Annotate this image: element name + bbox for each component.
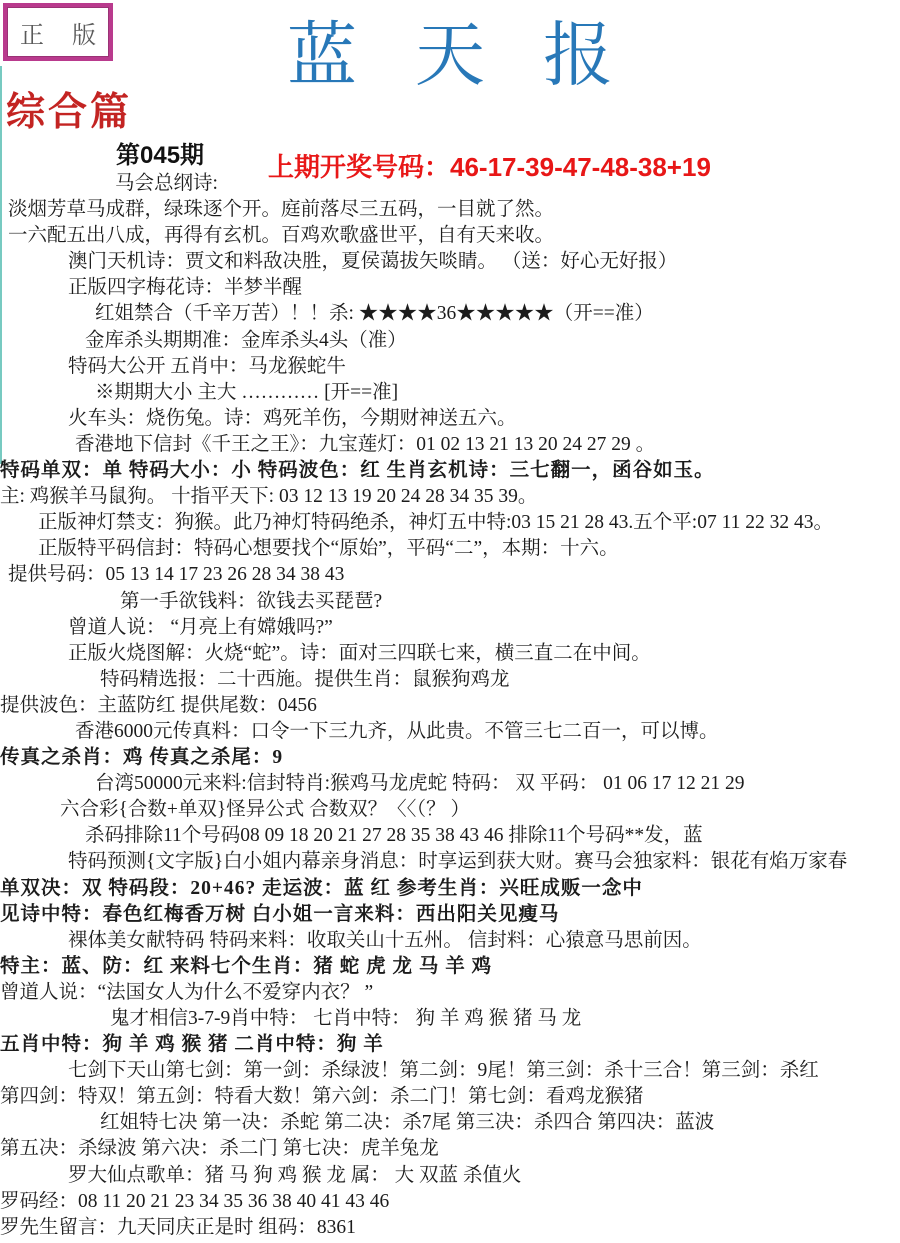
- issue-number: 第045期: [116, 135, 204, 170]
- text-line: 见诗中特：春色红梅香万树 白小姐一言来料：西出阳关见瘦马: [0, 902, 900, 928]
- text-line: 正版特平码信封：特码心想要找个“原始”，平码“二”，本期：十六。: [0, 536, 900, 562]
- text-line: 罗大仙点歌单：猪 马 狗 鸡 猴 龙 属： 大 双蓝 杀值火: [0, 1163, 900, 1189]
- text-line: 第五决：杀绿波 第六决：杀二门 第七决：虎羊兔龙: [0, 1136, 900, 1162]
- text-line: 第四剑：特双！第五剑：特看大数！第六剑：杀二门！第七剑：看鸡龙猴猪: [0, 1084, 900, 1110]
- text-line: 单双决：双 特码段：20+46? 走运波：蓝 红 参考生肖：兴旺成贩一念中: [0, 876, 900, 902]
- text-line: 罗先生留言：九天同庆正是时 组码：8361: [0, 1215, 900, 1241]
- text-line: 特码精选报：二十西施。提供生肖：鼠猴狗鸡龙: [0, 667, 900, 693]
- text-line: 淡烟芳草马成群，绿珠逐个开。庭前落尽三五码，一目就了然。: [0, 197, 900, 223]
- text-line: 马会总纲诗:: [0, 171, 900, 197]
- text-line: 香港地下信封《千王之王》：九宝莲灯：01 02 13 21 13 20 24 2…: [0, 432, 900, 458]
- text-line: 红姐特七决 第一决：杀蛇 第二决：杀7尾 第三决：杀四合 第四决：蓝波: [0, 1110, 900, 1136]
- page-title: 蓝天报: [0, 14, 900, 100]
- text-line: 传真之杀肖：鸡 传真之杀尾：9: [0, 745, 900, 771]
- text-line: 金库杀头期期准：金库杀头4头（准）: [0, 328, 900, 354]
- newspaper-page: 正版 蓝天报 综合篇 第045期 上期开奖号码：46-17-39-47-48-3…: [0, 0, 900, 1243]
- text-line: 澳门天机诗：贾文和料敌决胜，夏侯蔼拔矢啖睛。 （送：好心无好报）: [0, 249, 900, 275]
- text-line: 提供波色：主蓝防红 提供尾数：0456: [0, 693, 900, 719]
- text-line: 提供号码：05 13 14 17 23 26 28 34 38 43: [0, 562, 900, 588]
- text-line: 特主：蓝、防：红 来料七个生肖：猪 蛇 虎 龙 马 羊 鸡: [0, 954, 900, 980]
- text-line: 六合彩{合数+单双}怪异公式 合数双？〈〈（？ ）: [0, 797, 900, 823]
- text-line: 香港6000元传真料：口令一下三九齐，从此贵。不管三七二百一，可以博。: [0, 719, 900, 745]
- text-line: 一六配五出八成，再得有玄机。百鸡欢歌盛世平，自有天来收。: [0, 223, 900, 249]
- body-lines: 马会总纲诗:淡烟芳草马成群，绿珠逐个开。庭前落尽三五码，一目就了然。一六配五出八…: [0, 171, 900, 1241]
- text-line: ※期期大小 主大 ………… [开==准]: [0, 380, 900, 406]
- text-line: 正版四字梅花诗：半梦半醒: [0, 275, 900, 301]
- text-line: 正版神灯禁支：狗猴。此乃神灯特码绝杀，神灯五中特:03 15 21 28 43.…: [0, 510, 900, 536]
- section-title: 综合篇: [6, 90, 132, 136]
- text-line: 裸体美女献特码 特码来料：收取关山十五州。 信封料：心猿意马思前因。: [0, 928, 900, 954]
- text-line: 鬼才相信3-7-9肖中特： 七肖中特： 狗 羊 鸡 猴 猪 马 龙: [0, 1006, 900, 1032]
- text-line: 五肖中特：狗 羊 鸡 猴 猪 二肖中特：狗 羊: [0, 1032, 900, 1058]
- text-line: 火车头：烧伤兔。诗：鸡死羊伤，今期财神送五六。: [0, 406, 900, 432]
- text-line: 曾道人说：“法国女人为什么不爱穿内衣？ ”: [0, 980, 900, 1006]
- text-line: 第一手欲钱料：欲钱去买琵琶?: [0, 589, 900, 615]
- text-line: 杀码排除11个号码08 09 18 20 21 27 28 35 38 43 4…: [0, 823, 900, 849]
- text-line: 特码大公开 五肖中：马龙猴蛇牛: [0, 354, 900, 380]
- text-line: 主: 鸡猴羊马鼠狗。 十指平天下: 03 12 13 19 20 24 28 3…: [0, 484, 900, 510]
- text-line: 台湾50000元来料:信封特肖:猴鸡马龙虎蛇 特码： 双 平码： 01 06 1…: [0, 771, 900, 797]
- text-line: 特码单双：单 特码大小：小 特码波色：红 生肖玄机诗：三七翻一，函谷如玉。: [0, 458, 900, 484]
- text-line: 正版火烧图解：火烧“蛇”。诗：面对三四联七来，横三直二在中间。: [0, 641, 900, 667]
- text-line: 七剑下天山第七剑：第一剑：杀绿波！第二剑：9尾！第三剑：杀十三合！第三剑：杀红: [0, 1058, 900, 1084]
- text-line: 特码预测{文字版}白小姐内幕亲身消息：时享运到获大财。赛马会独家料：银花有焰万家…: [0, 849, 900, 875]
- text-line: 红姐禁合（千辛万苦）！！杀: ★★★★36★★★★★（开==准）: [0, 301, 900, 327]
- text-line: 罗码经：08 11 20 21 23 34 35 36 38 40 41 43 …: [0, 1189, 900, 1215]
- text-line: 曾道人说： “月亮上有嫦娥吗?”: [0, 615, 900, 641]
